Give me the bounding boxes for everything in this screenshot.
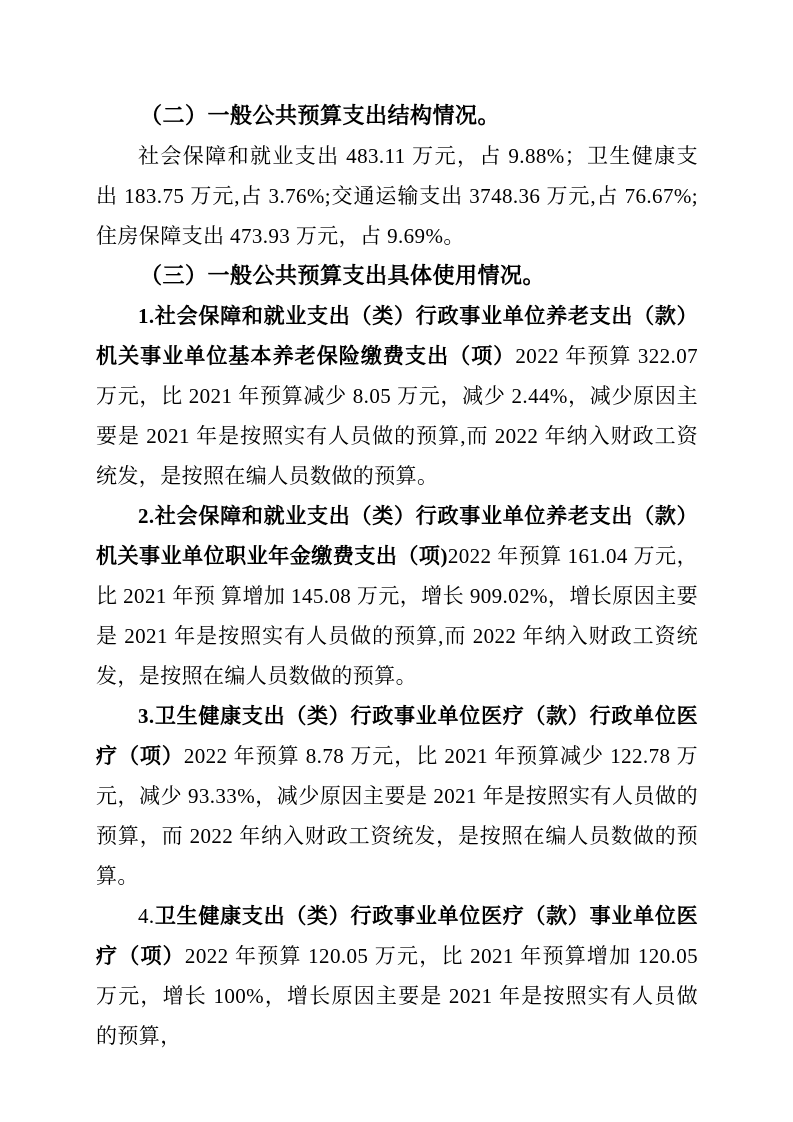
item-3-number: 3. xyxy=(138,704,155,728)
item-4-number: 4. xyxy=(138,904,155,928)
paragraph-item-3: 3.卫生健康支出（类）行政事业单位医疗（款）行政单位医疗（项）2022 年预算 … xyxy=(96,696,698,896)
heading-expense-structure: （二）一般公共预算支出结构情况。 xyxy=(96,96,698,136)
paragraph-item-1: 1.社会保障和就业支出（类）行政事业单位养老支出（款）机关事业单位基本养老保险缴… xyxy=(96,296,698,496)
paragraph-item-2: 2.社会保障和就业支出（类）行政事业单位养老支出（款）机关事业单位职业年金缴费支… xyxy=(96,496,698,696)
item-2-number: 2. xyxy=(138,504,155,528)
paragraph-expense-structure: 社会保障和就业支出 483.11 万元，占 9.88%；卫生健康支出 183.7… xyxy=(96,136,698,256)
document-page: （二）一般公共预算支出结构情况。 社会保障和就业支出 483.11 万元，占 9… xyxy=(0,0,793,1122)
item-4-body: 2022 年预算 120.05 万元，比 2021 年预算增加 120.05 万… xyxy=(96,944,698,1048)
item-3-body: 2022 年预算 8.78 万元，比 2021 年预算减少 122.78 万元，… xyxy=(96,744,698,888)
paragraph-item-4: 4.卫生健康支出（类）行政事业单位医疗（款）事业单位医疗（项）2022 年预算 … xyxy=(96,896,698,1056)
item-1-number: 1. xyxy=(138,304,155,328)
heading-specific-usage: （三）一般公共预算支出具体使用情况。 xyxy=(96,256,698,296)
